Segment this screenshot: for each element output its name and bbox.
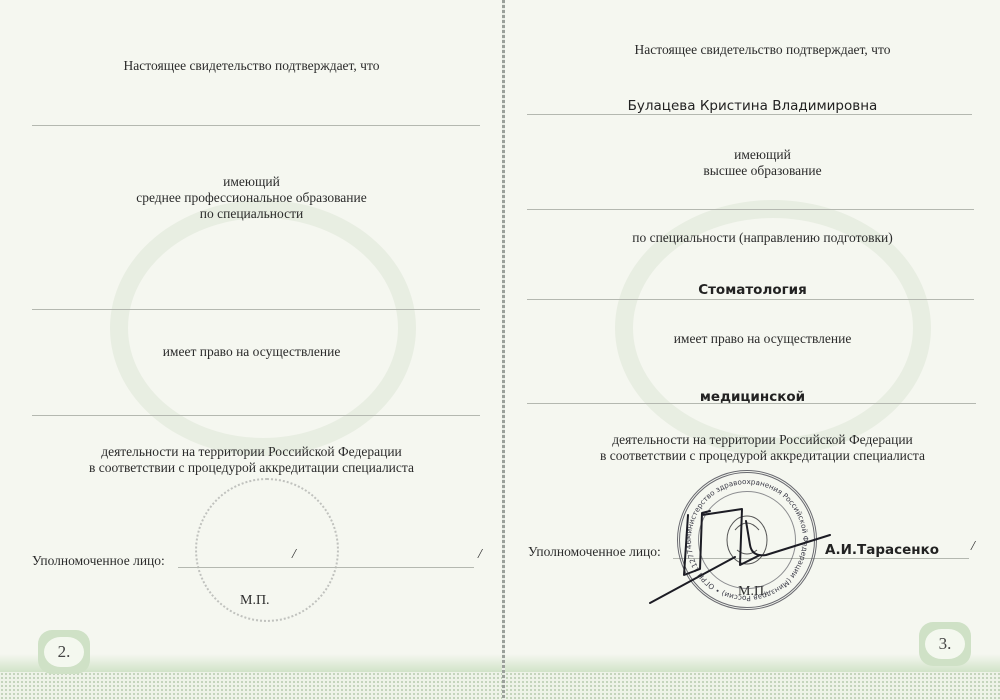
holder-name-line bbox=[527, 114, 972, 115]
by-specialty-text: по специальности (направлению подготовки… bbox=[525, 230, 1000, 246]
signatory-slash-2: / bbox=[478, 547, 482, 563]
signatory-line bbox=[178, 567, 474, 568]
having-text: имеющий bbox=[0, 174, 503, 190]
by-specialty-text: по специальности bbox=[0, 206, 503, 222]
signatory-label: Уполномоченное лицо: bbox=[32, 553, 165, 569]
activity-type-line bbox=[32, 415, 480, 416]
page-number: 2. bbox=[44, 637, 84, 667]
page-number-badge: 2. bbox=[38, 630, 90, 674]
activity-type-line bbox=[527, 403, 976, 404]
decorative-dot-pattern bbox=[505, 672, 1000, 700]
decorative-dot-pattern bbox=[0, 672, 503, 700]
signature-scribble bbox=[640, 495, 840, 615]
seal-label: М.П. bbox=[240, 593, 270, 609]
holder-name-line bbox=[32, 125, 480, 126]
education-text: высшее образование bbox=[525, 163, 1000, 179]
intro-text: Настоящее свидетельство подтверждает, чт… bbox=[525, 42, 1000, 58]
education-line bbox=[527, 209, 974, 210]
page-number-badge: 3. bbox=[919, 622, 971, 666]
territory-line-2: в соответствии с процедурой аккредитации… bbox=[525, 448, 1000, 464]
page-number: 3. bbox=[925, 629, 965, 659]
territory-line-2: в соответствии с процедурой аккредитации… bbox=[0, 460, 503, 476]
specialty-value: Стоматология bbox=[525, 282, 980, 298]
page-left: Настоящее свидетельство подтверждает, чт… bbox=[0, 0, 503, 700]
intro-text: Настоящее свидетельство подтверждает, чт… bbox=[0, 58, 503, 74]
education-text: среднее профессиональное образование bbox=[0, 190, 503, 206]
specialty-line bbox=[32, 309, 480, 310]
territory-line-1: деятельности на территории Российской Фе… bbox=[525, 432, 1000, 448]
holder-name: Булацева Кристина Владимировна bbox=[525, 98, 980, 114]
signatory-slash: / bbox=[971, 539, 975, 555]
territory-line-1: деятельности на территории Российской Фе… bbox=[0, 444, 503, 460]
right-to-text: имеет право на осуществление bbox=[0, 344, 503, 360]
right-to-text: имеет право на осуществление bbox=[525, 331, 1000, 347]
signatory-name: А.И.Тарасенко bbox=[825, 542, 939, 558]
signatory-slash-1: / bbox=[292, 547, 296, 563]
having-text: имеющий bbox=[525, 147, 1000, 163]
specialty-line bbox=[527, 299, 974, 300]
watermark-emblem bbox=[110, 200, 416, 456]
